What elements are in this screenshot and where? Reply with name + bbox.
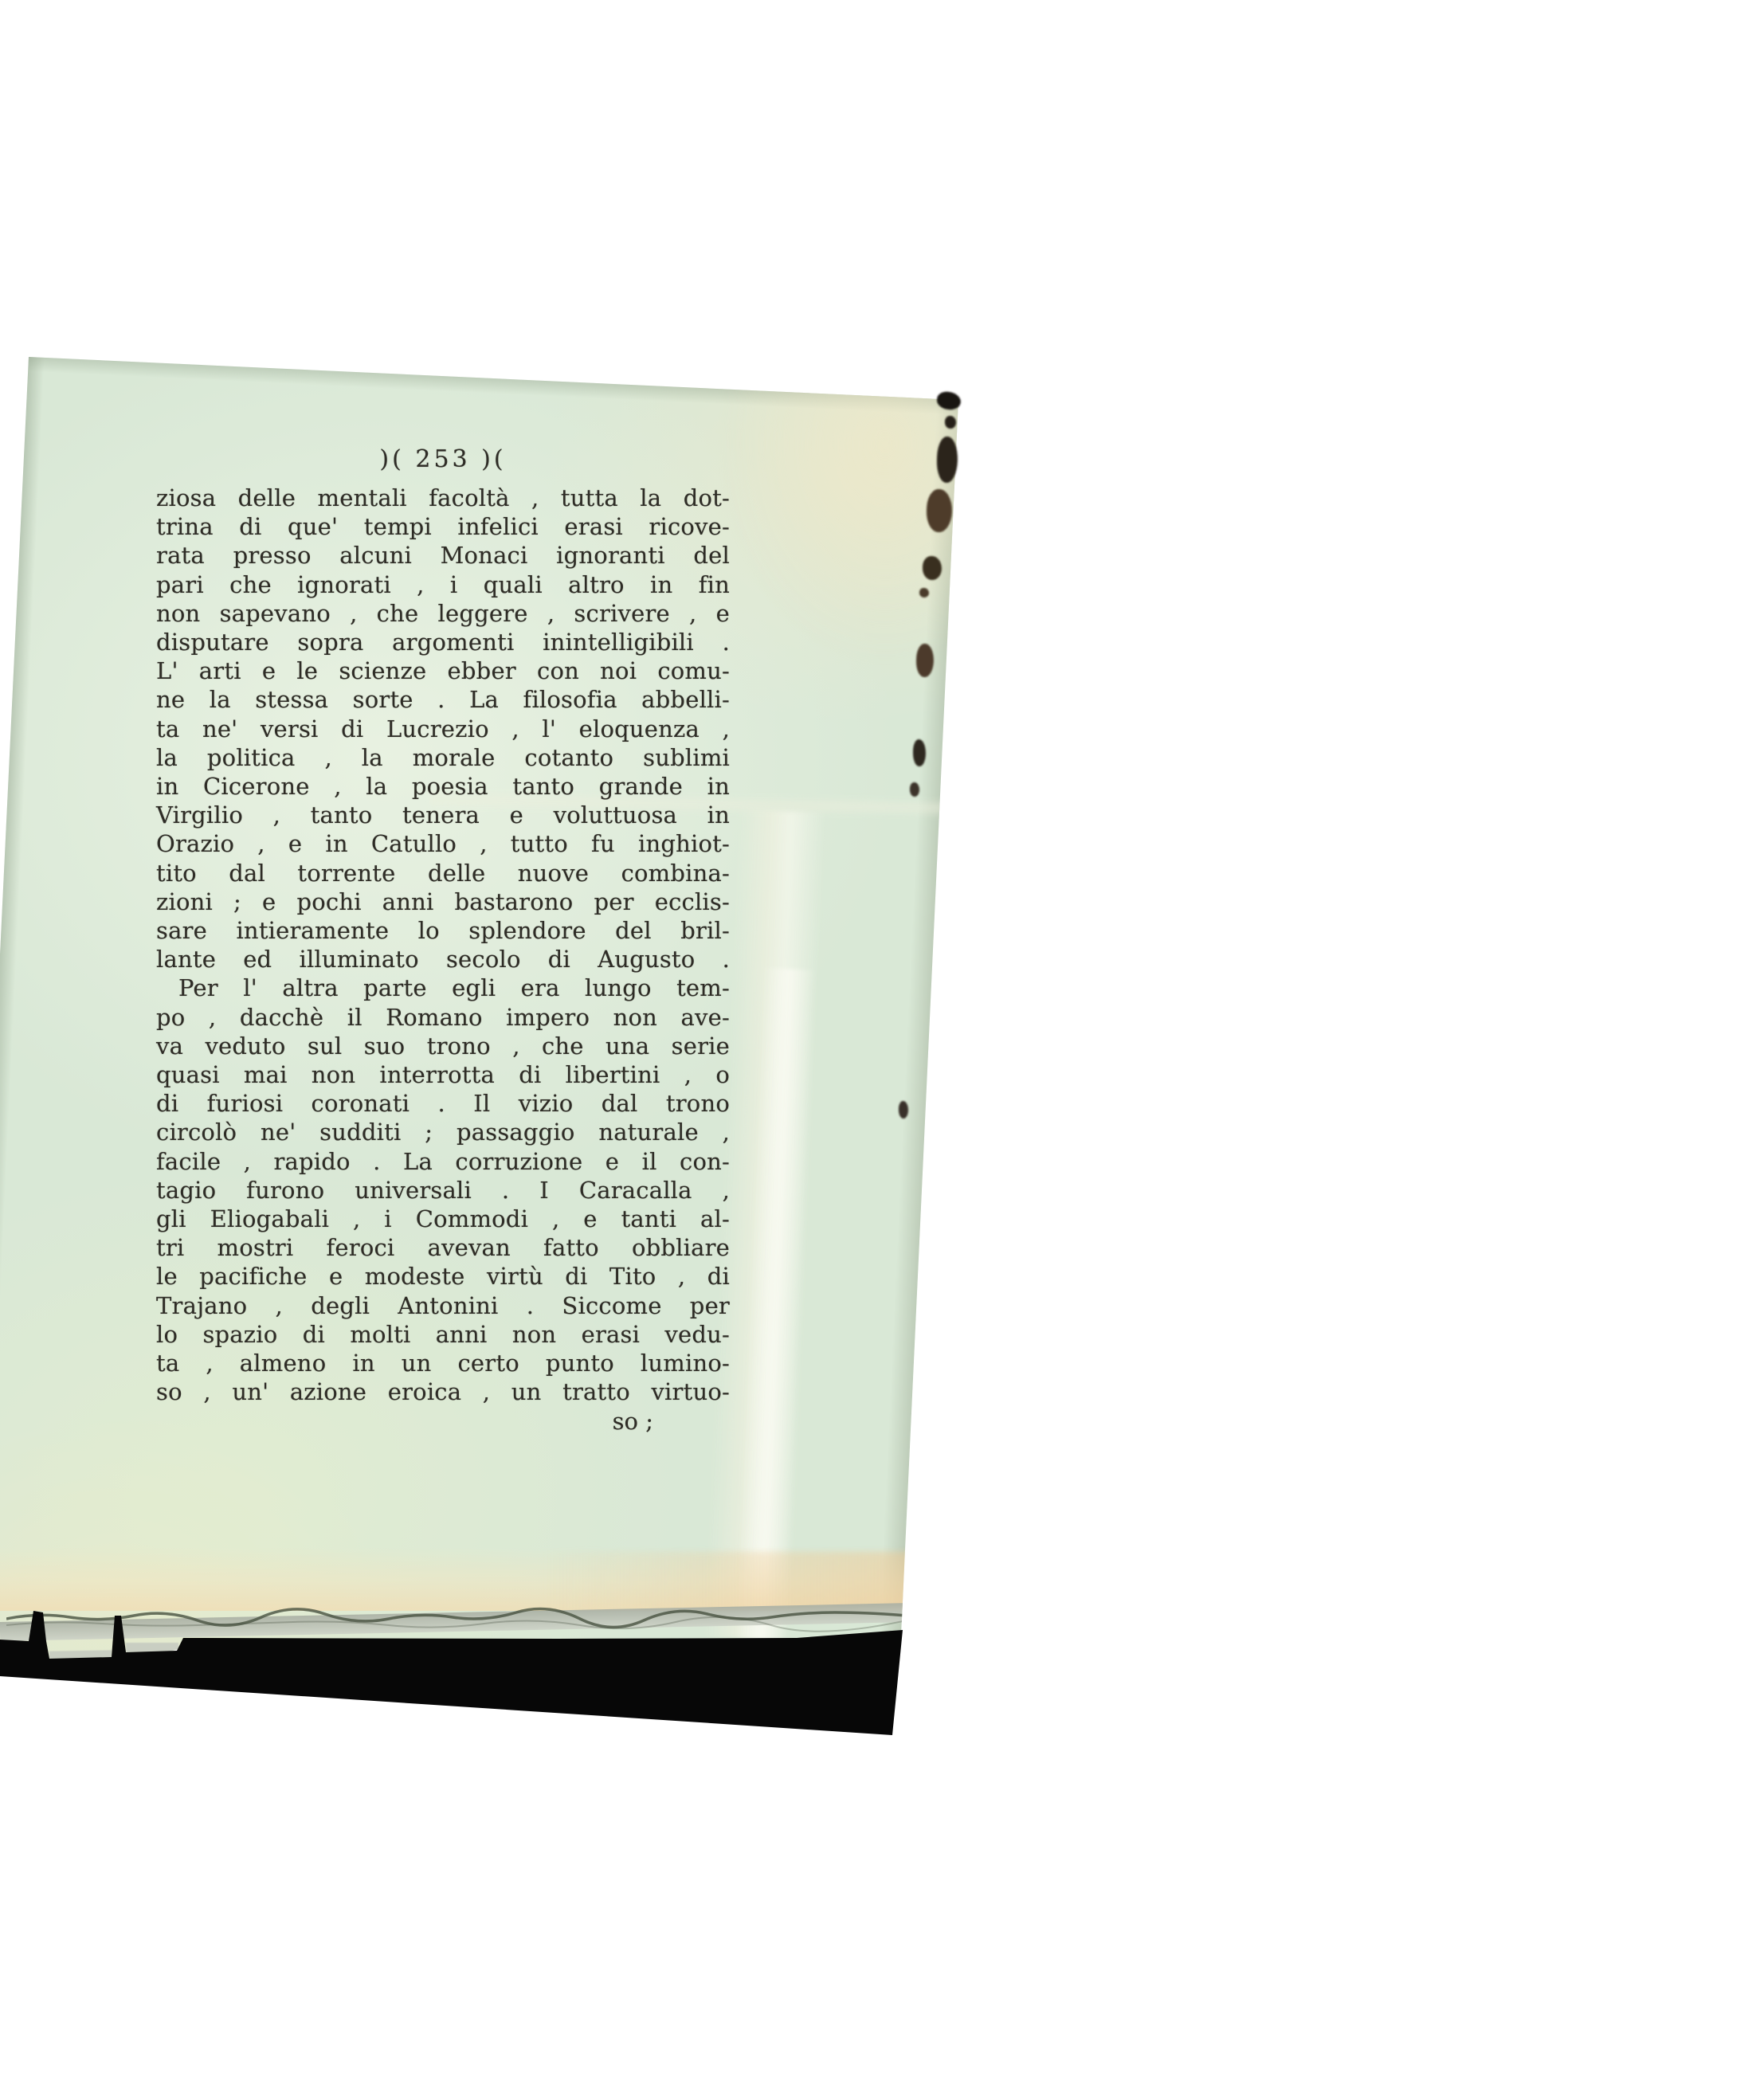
text-line: tagio furono universali . I Caracalla , [156, 1176, 730, 1205]
text-line: gli Eliogabali , i Commodi , e tanti al- [156, 1205, 730, 1233]
torn-edge-mark [919, 588, 929, 597]
text-line: circolò ne' sudditi ; passaggio naturale… [156, 1118, 730, 1146]
scanned-book-photo: )( 253 )( ziosa delle mentali facoltà , … [0, 0, 1740, 2100]
text-line: pari che ignorati , i quali altro in fin [156, 570, 730, 599]
crease-line [6, 1598, 915, 1633]
page-edge-shade-left [0, 355, 45, 1709]
text-line: Virgilio , tanto tenera e voluttuosa in [156, 801, 730, 829]
torn-edge-mark [923, 556, 942, 580]
text-line: Trajano , degli Antonini . Siccome per [156, 1291, 730, 1320]
text-line: ta ne' versi di Lucrezio , l' eloquenza … [156, 715, 730, 743]
text-line: trina di que' tempi infelici erasi ricov… [156, 512, 730, 541]
scan-page: )( 253 )( ziosa delle mentali facoltà , … [0, 0, 1740, 2100]
text-line: non sapevano , che leggere , scrivere , … [156, 599, 730, 628]
text-line: va veduto sul suo trono , che una serie [156, 1032, 730, 1060]
catchword: so ; [156, 1407, 730, 1436]
text-line: zioni ; e pochi anni bastarono per eccli… [156, 887, 730, 916]
text-line: Orazio , e in Catullo , tutto fu inghiot… [156, 829, 730, 858]
text-line: lante ed illuminato secolo di Augusto . [156, 945, 730, 974]
text-line: le pacifiche e modeste virtù di Tito , d… [156, 1262, 730, 1291]
text-line: in Cicerone , la poesia tanto grande in [156, 772, 730, 801]
text-line: po , dacchè il Romano impero non ave- [156, 1003, 730, 1032]
text-line: facile , rapido . La corruzione e il con… [156, 1147, 730, 1176]
paragraph-container: ziosa delle mentali facoltà , tutta la d… [156, 484, 730, 1407]
text-line: lo spazio di molti anni non erasi vedu- [156, 1320, 730, 1349]
text-line: disputare sopra argomenti inintelligibil… [156, 628, 730, 656]
text-line: ziosa delle mentali facoltà , tutta la d… [156, 484, 730, 512]
torn-edge-mark [945, 416, 956, 429]
text-line: quasi mai non interrotta di libertini , … [156, 1060, 730, 1089]
text-line: la politica , la morale cotanto sublimi [156, 743, 730, 772]
torn-edge-mark [910, 782, 919, 797]
text-line: di furiosi coronati . Il vizio dal trono [156, 1089, 730, 1118]
text-line: ta , almeno in un certo punto lumino- [156, 1349, 730, 1377]
paragraph: Per l' altra parte egli era lungo tem-po… [156, 974, 730, 1406]
text-line: ne la stessa sorte . La filosofia abbell… [156, 685, 730, 714]
text-line: tri mostri feroci avevan fatto obbliare [156, 1233, 730, 1262]
text-line: L' arti e le scienze ebber con noi comu- [156, 656, 730, 685]
text-line: tito dal torrente delle nuove combina- [156, 859, 730, 887]
text-line: Per l' altra parte egli era lungo tem- [156, 974, 730, 1002]
torn-tab-edge [126, 1643, 178, 1652]
body-text: )( 253 )( ziosa delle mentali facoltà , … [156, 446, 730, 1436]
torn-edge-mark [936, 437, 958, 484]
torn-edge-mark [913, 739, 926, 766]
torn-edge-mark [899, 1101, 908, 1119]
text-line: sare intieramente lo splendore del bril- [156, 916, 730, 945]
page-header: )( 253 )( [156, 446, 730, 484]
text-line: so , un' azione eroica , un tratto virtu… [156, 1377, 730, 1406]
paragraph: ziosa delle mentali facoltà , tutta la d… [156, 484, 730, 974]
text-line: rata presso alcuni Monaci ignoranti del [156, 541, 730, 570]
